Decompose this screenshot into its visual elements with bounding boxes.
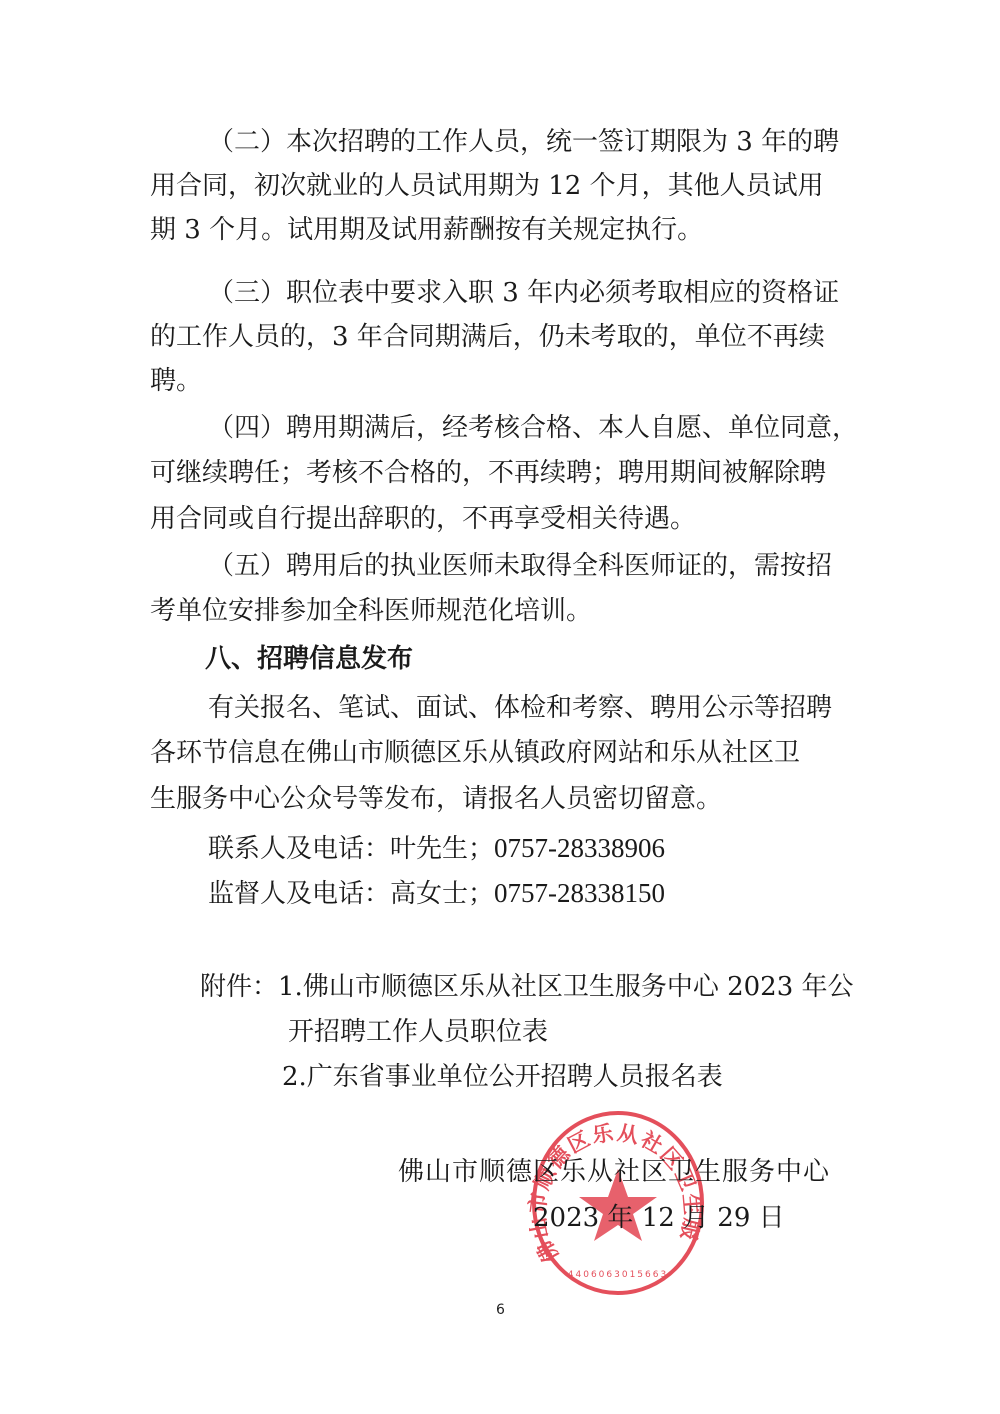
paragraph-4-line-1: （四）聘用期满后，经考核合格、本人自愿、单位同意， bbox=[208, 413, 858, 443]
paragraph-2-line-1: （二）本次招聘的工作人员，统一签订期限为 3 年的聘 bbox=[208, 127, 839, 157]
paragraph-3-line-3: 聘。 bbox=[150, 366, 202, 396]
contact-name: 叶先生； bbox=[390, 834, 494, 864]
stamp-code: 4406063015663 bbox=[568, 1270, 668, 1280]
paragraph-3-line-2: 的工作人员的，3 年合同期满后，仍未考取的，单位不再续 bbox=[150, 322, 825, 352]
contact-label: 联系人及电话： bbox=[208, 834, 390, 864]
supervisor-name: 高女士； bbox=[390, 879, 494, 909]
attachment-1: 附件：1.佛山市顺德区乐从社区卫生服务中心 2023 年公 bbox=[200, 972, 854, 1002]
paragraph-2-line-2: 用合同，初次就业的人员试用期为 12 个月，其他人员试用 bbox=[150, 171, 824, 201]
info-paragraph-line-1: 有关报名、笔试、面试、体检和考察、聘用公示等招聘 bbox=[208, 693, 832, 723]
paragraph-3-line-1: （三）职位表中要求入职 3 年内必须考取相应的资格证 bbox=[208, 278, 839, 308]
paragraph-4-line-3: 用合同或自行提出辞职的，不再享受相关待遇。 bbox=[150, 504, 696, 534]
paragraph-2-line-3: 期 3 个月。试用期及试用薪酬按有关规定执行。 bbox=[150, 215, 703, 245]
attachments-label: 附件： bbox=[200, 972, 278, 1002]
attachment-1-line-1: 1.佛山市顺德区乐从社区卫生服务中心 2023 年公 bbox=[278, 972, 854, 1002]
signature-organization: 佛山市顺德区乐从社区卫生服务中心 bbox=[398, 1157, 830, 1187]
supervisor-label: 监督人及电话： bbox=[208, 879, 390, 909]
attachment-2: 2.广东省事业单位公开招聘人员报名表 bbox=[282, 1062, 723, 1092]
info-paragraph-line-3: 生服务中心公众号等发布，请报名人员密切留意。 bbox=[150, 784, 722, 814]
paragraph-4-line-2: 可继续聘任；考核不合格的，不再续聘；聘用期间被解除聘 bbox=[150, 458, 826, 488]
supervisor-row: 监督人及电话：高女士；0757-28338150 bbox=[208, 878, 665, 909]
section-heading: 八、招聘信息发布 bbox=[205, 644, 413, 674]
page-number: 6 bbox=[496, 1302, 505, 1318]
paragraph-5-line-2: 考单位安排参加全科医师规范化培训。 bbox=[150, 596, 592, 626]
supervisor-phone: 0757-28338150 bbox=[494, 878, 665, 908]
paragraph-5-line-1: （五）聘用后的执业医师未取得全科医师证的，需按招 bbox=[208, 551, 832, 581]
contact-phone: 0757-28338906 bbox=[494, 833, 665, 863]
info-paragraph-line-2: 各环节信息在佛山市顺德区乐从镇政府网站和乐从社区卫 bbox=[150, 738, 800, 768]
contact-row: 联系人及电话：叶先生；0757-28338906 bbox=[208, 833, 665, 864]
attachment-1-line-2: 开招聘工作人员职位表 bbox=[288, 1017, 548, 1047]
signature-date: 2023 年 12 月 29 日 bbox=[533, 1203, 785, 1233]
